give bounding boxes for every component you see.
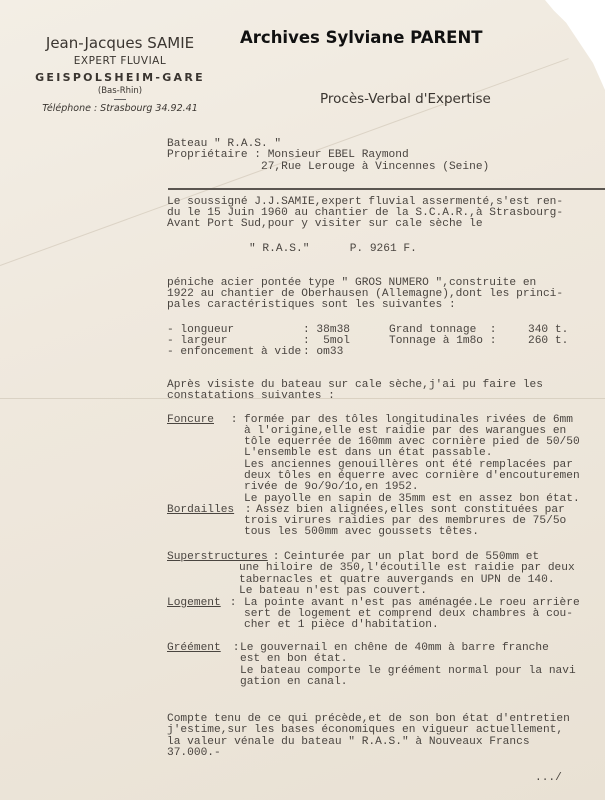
section-line: est en bon état. <box>240 654 347 665</box>
after-visit-line: constatations suivantes : <box>167 391 335 402</box>
section-line: L'ensemble est dans un état passable. <box>244 448 492 459</box>
spec-value: : om33 <box>303 347 343 358</box>
conclusion-line: j'estime,sur les bases économiques en vi… <box>167 725 563 736</box>
letterhead-name: Jean-Jacques SAMIE <box>30 34 210 52</box>
document-title: Procès-Verbal d'Expertise <box>320 91 491 107</box>
document-page: Jean-Jacques SAMIE EXPERT FLUVIAL GEISPO… <box>0 0 605 800</box>
address-line: 27,Rue Lerouge à Vincennes (Seine) <box>167 162 489 173</box>
section-line: tous les 500mm avec goussets têtes. <box>244 527 479 538</box>
section-separator: : <box>226 643 239 654</box>
spec-value-2: 260 t. <box>528 336 568 347</box>
letterhead-divider <box>114 99 126 100</box>
conclusion-line: la valeur vénale du bateau " R.A.S." à N… <box>167 737 530 748</box>
torn-corner <box>545 0 605 90</box>
letterhead-region: (Bas-Rhin) <box>30 86 210 96</box>
spec-label: - enfoncement à vide <box>167 347 301 358</box>
description-line: pales caractéristiques sont les suivante… <box>167 300 456 311</box>
section-heading-foncure: Foncure <box>167 415 214 426</box>
section-heading-greement: Gréément <box>167 643 221 654</box>
section-line: une hiloire de 350,l'écoutille est raidi… <box>239 563 575 574</box>
section-line: rivée de 9o/9o/1o,en 1952. <box>244 482 419 493</box>
archive-stamp: Archives Sylviane PARENT <box>240 28 483 47</box>
letterhead-location: GEISPOLSHEIM-GARE <box>30 71 210 84</box>
section-heading-logement: Logement <box>167 598 221 609</box>
section-separator: : <box>224 415 244 426</box>
continuation-mark: .../ <box>535 773 562 784</box>
header-rule <box>168 188 605 190</box>
boat-identifier: " R.A.S." P. 9261 F. <box>249 244 417 255</box>
owner-line: Propriétaire : Monsieur EBEL Raymond <box>167 150 409 161</box>
section-separator: : <box>223 598 243 609</box>
intro-line: Avant Port Sud,pour y visiter sur cale s… <box>167 219 483 230</box>
section-line: Le bateau n'est pas couvert. <box>239 586 427 597</box>
section-heading-bordailles: Bordailles <box>167 505 234 516</box>
valuation-amount: 37.000.- <box>167 748 221 759</box>
spec-label-2: Tonnage à 1m8o : <box>389 336 496 347</box>
section-line: cher et 1 pièce d'habitation. <box>244 620 439 631</box>
letterhead-telephone: Téléphone : Strasbourg 34.92.41 <box>30 103 210 114</box>
section-line: gation en canal. <box>240 677 347 688</box>
letterhead-profession: EXPERT FLUVIAL <box>30 55 210 67</box>
